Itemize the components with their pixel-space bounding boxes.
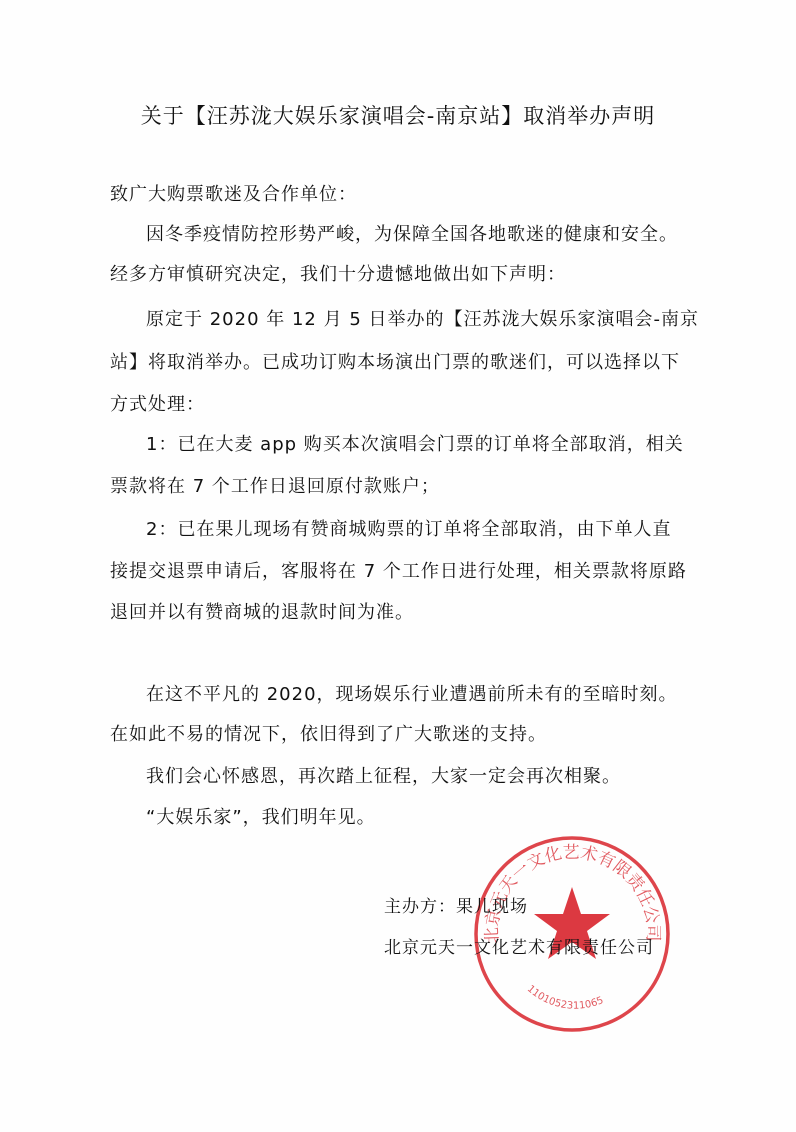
paragraph-line: 原定于 2020 年 12 月 5 日举办的【汪苏泷大娱乐家演唱会-南京 xyxy=(146,305,699,331)
document-page: 关于【汪苏泷大娱乐家演唱会-南京站】取消举办声明 致广大购票歌迷及合作单位： 因… xyxy=(0,0,796,1132)
closing-line: 在如此不易的情况下，依旧得到了广大歌迷的支持。 xyxy=(110,720,547,746)
list-item-2-cont: 接提交退票申请后，客服将在 7 个工作日进行处理，相关票款将原路 xyxy=(110,557,687,583)
paragraph-line: 站】将取消举办。已成功订购本场演出门票的歌迷们，可以选择以下 xyxy=(110,348,680,374)
company-name: 北京元天一文化艺术有限责任公司 xyxy=(384,933,654,958)
salutation: 致广大购票歌迷及合作单位： xyxy=(110,180,357,206)
paragraph-line: 因冬季疫情防控形势严峻，为保障全国各地歌迷的健康和安全。 xyxy=(146,220,678,246)
closing-line: 我们会心怀感恩，再次踏上征程，大家一定会再次相聚。 xyxy=(146,762,621,788)
paragraph-line: 经多方审慎研究决定，我们十分遗憾地做出如下声明： xyxy=(110,260,566,286)
organizer-label: 主办方：果儿现场 xyxy=(384,892,528,917)
closing-line: “大娱乐家”，我们明年见。 xyxy=(146,803,376,829)
list-item-1-cont: 票款将在 7 个工作日退回原付款账户； xyxy=(110,472,440,498)
svg-text:1101052311065: 1101052311065 xyxy=(525,983,605,1011)
closing-line: 在这不平凡的 2020，现场娱乐行业遭遇前所未有的至暗时刻。 xyxy=(146,680,678,706)
list-item-2: 2：已在果儿现场有赞商城购票的订单将全部取消，由下单人直 xyxy=(146,515,671,541)
list-item-2-cont: 退回并以有赞商城的退款时间为准。 xyxy=(110,598,414,624)
document-title: 关于【汪苏泷大娱乐家演唱会-南京站】取消举办声明 xyxy=(0,100,796,130)
list-item-1: 1：已在大麦 app 购买本次演唱会门票的订单将全部取消，相关 xyxy=(146,430,684,456)
paragraph-line: 方式处理： xyxy=(110,390,205,416)
